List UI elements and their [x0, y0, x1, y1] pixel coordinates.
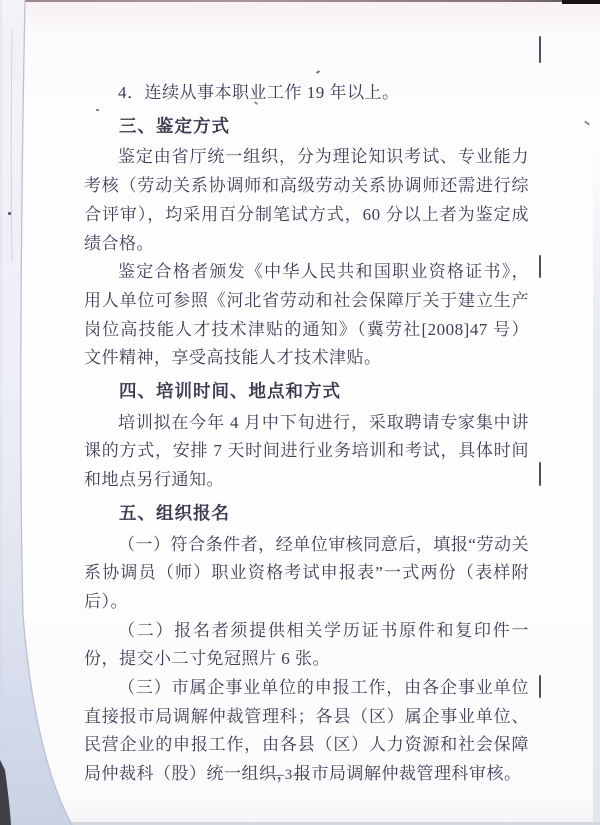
page-fold-left — [0, 0, 85, 825]
paragraph-registration-item-1: （一）符合条件者，经单位审核同意后，填报“劳动关系协调员（师）职业资格考试申报表… — [84, 531, 529, 617]
scan-top-edge — [0, 0, 600, 2]
document-body: 4．连续从事本职业工作 19 年以上。 三、鉴定方式 鉴定由省厅统一组织，分为理… — [84, 79, 529, 789]
scan-speck — [8, 212, 11, 215]
heading-section-4-training-time-place: 四、培训时间、地点和方式 — [84, 377, 529, 406]
paragraph-certificate-issuance: 鉴定合格者颁发《中华人民共和国职业资格证书》，用人单位可参照《河北省劳动和社会保… — [84, 258, 529, 373]
paragraph-training-arrangement: 培训拟在今年 4 月中下旬进行，采取聘请专家集中讲课的方式，安排 7 天时间进行… — [84, 409, 529, 495]
pen-tick-mark — [539, 36, 541, 63]
paragraph-appraisal-organization: 鉴定由省厅统一组织，分为理论知识考试、专业能力考核（劳动关系协调师和高级劳动关系… — [84, 143, 529, 258]
page-number: —3— — [0, 767, 589, 784]
scan-speck — [316, 70, 320, 74]
paragraph-registration-item-2: （二）报名者须提供相关学历证书原件和复印件一份，提交小二寸免冠照片 6 张。 — [84, 617, 529, 674]
heading-section-3-appraisal-method: 三、鉴定方式 — [84, 112, 529, 141]
scan-corner-mark — [562, 0, 600, 4]
pen-tick-mark — [539, 462, 541, 486]
scanned-document-page: 4．连续从事本职业工作 19 年以上。 三、鉴定方式 鉴定由省厅统一组织，分为理… — [0, 0, 600, 825]
list-item-condition-4: 4．连续从事本职业工作 19 年以上。 — [84, 79, 529, 108]
heading-section-5-registration: 五、组织报名 — [84, 499, 529, 528]
pen-tick-mark — [539, 675, 541, 698]
scan-speck — [584, 120, 590, 125]
pen-tick-mark — [539, 255, 541, 278]
scan-right-edge — [593, 140, 600, 825]
